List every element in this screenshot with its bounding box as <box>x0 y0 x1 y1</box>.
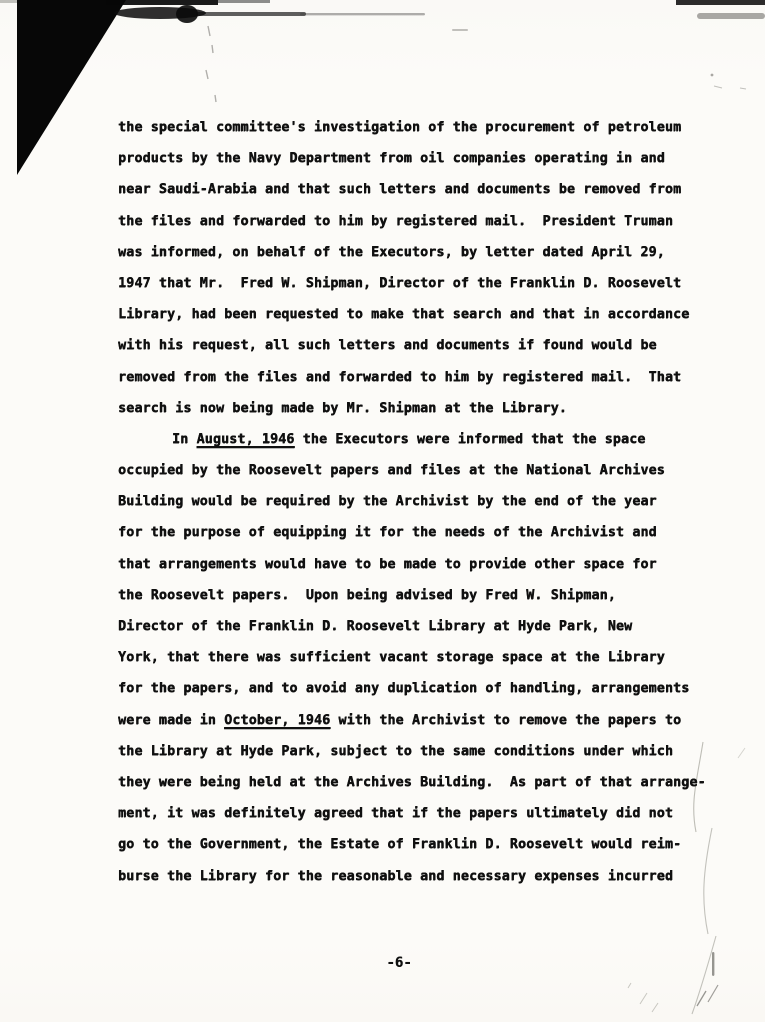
text-line: they were being held at the Archives Bui… <box>118 767 704 798</box>
text-line: ment, it was definitely agreed that if t… <box>118 798 704 829</box>
text-line: was informed, on behalf of the Executors… <box>118 237 704 268</box>
line-text: they were being held at the Archives Bui… <box>118 775 706 790</box>
underlined-date-text: October, 1946 <box>224 713 330 728</box>
line-text: Library, had been requested to make that… <box>118 307 689 322</box>
line-text: were made in <box>118 713 224 728</box>
text-line: near Saudi-Arabia and that such letters … <box>118 174 704 205</box>
text-line: were made in October, 1946 with the Arch… <box>118 705 704 736</box>
scan-topright-dot <box>711 74 714 77</box>
scan-smudge-dash <box>452 29 468 31</box>
text-line: the Roosevelt papers. Upon being advised… <box>118 580 704 611</box>
scan-top-bar-tail <box>218 0 270 3</box>
document-body: the special committee's investigation of… <box>118 112 704 892</box>
line-text: Building would be required by the Archiv… <box>118 494 657 509</box>
text-line: products by the Navy Department from oil… <box>118 143 704 174</box>
line-text: products by the Navy Department from oil… <box>118 151 665 166</box>
line-text: for the purpose of equipping it for the … <box>118 525 657 540</box>
scan-topright-specks <box>714 86 746 89</box>
text-line: York, that there was sufficient vacant s… <box>118 642 704 673</box>
line-text: near Saudi-Arabia and that such letters … <box>118 182 681 197</box>
scan-smudge-streak <box>196 12 306 16</box>
line-text: the Roosevelt papers. Upon being advised… <box>118 588 616 603</box>
scan-smudge-blob <box>114 7 206 19</box>
line-text: search is now being made by Mr. Shipman … <box>118 401 567 416</box>
line-text: the Library at Hyde Park, subject to the… <box>118 744 673 759</box>
text-line: that arrangements would have to be made … <box>118 549 704 580</box>
scan-smudge-tail <box>300 13 425 15</box>
scan-specks-bottom <box>628 983 658 1012</box>
text-line: the Library at Hyde Park, subject to the… <box>118 736 704 767</box>
text-line: 1947 that Mr. Fred W. Shipman, Director … <box>118 268 704 299</box>
text-line: removed from the files and forwarded to … <box>118 362 704 393</box>
text-line: for the purpose of equipping it for the … <box>118 517 704 548</box>
underlined-date-text: August, 1946 <box>197 432 295 447</box>
text-line: for the papers, and to avoid any duplica… <box>118 673 704 704</box>
line-text: removed from the files and forwarded to … <box>118 370 681 385</box>
scan-crease-right-2 <box>704 828 712 934</box>
scan-mark-bottomright-streak <box>712 952 714 976</box>
corner-fold-artifact <box>17 0 126 175</box>
scan-edge-sliver <box>0 0 62 3</box>
text-line: Director of the Franklin D. Roosevelt Li… <box>118 611 704 642</box>
scan-smudge-dot <box>176 5 198 23</box>
scan-mark-bottomright-1 <box>697 991 706 1006</box>
text-line: burse the Library for the reasonable and… <box>118 861 704 892</box>
text-line: Library, had been requested to make that… <box>118 299 704 330</box>
line-text: occupied by the Roosevelt papers and fil… <box>118 463 665 478</box>
line-text: was informed, on behalf of the Executors… <box>118 245 665 260</box>
text-line: go to the Government, the Estate of Fran… <box>118 829 704 860</box>
text-line: the files and forwarded to him by regist… <box>118 206 704 237</box>
scan-topright-streak <box>697 13 765 19</box>
scan-crease-right-4 <box>738 748 745 758</box>
page-number: -6- <box>118 948 680 979</box>
scanned-document-page: the special committee's investigation of… <box>0 0 765 1022</box>
line-text: 1947 that Mr. Fred W. Shipman, Director … <box>118 276 681 291</box>
line-text: for the papers, and to avoid any duplica… <box>118 681 689 696</box>
line-text: In <box>172 432 197 447</box>
scan-mark-bottomright-2 <box>708 985 718 1002</box>
line-text: go to the Government, the Estate of Fran… <box>118 837 681 852</box>
line-text: the special committee's investigation of… <box>118 120 681 135</box>
text-line: In August, 1946 the Executors were infor… <box>118 424 704 455</box>
scan-crease-right-3 <box>692 936 716 1014</box>
line-text: the files and forwarded to him by regist… <box>118 214 673 229</box>
line-text: that arrangements would have to be made … <box>118 557 657 572</box>
line-text: burse the Library for the reasonable and… <box>118 869 673 884</box>
text-line: Building would be required by the Archiv… <box>118 486 704 517</box>
scan-topright-bar <box>676 0 765 5</box>
line-text: the Executors were informed that the spa… <box>294 432 645 447</box>
text-line: the special committee's investigation of… <box>118 112 704 143</box>
text-line: occupied by the Roosevelt papers and fil… <box>118 455 704 486</box>
text-line: with his request, all such letters and d… <box>118 330 704 361</box>
scan-top-bar <box>106 0 218 5</box>
line-text: with the Archivist to remove the papers … <box>330 713 681 728</box>
text-line: search is now being made by Mr. Shipman … <box>118 393 704 424</box>
line-text: with his request, all such letters and d… <box>118 338 657 353</box>
line-text: ment, it was definitely agreed that if t… <box>118 806 673 821</box>
scan-smudge-drips <box>206 26 216 102</box>
line-text: York, that there was sufficient vacant s… <box>118 650 665 665</box>
line-text: Director of the Franklin D. Roosevelt Li… <box>118 619 632 634</box>
